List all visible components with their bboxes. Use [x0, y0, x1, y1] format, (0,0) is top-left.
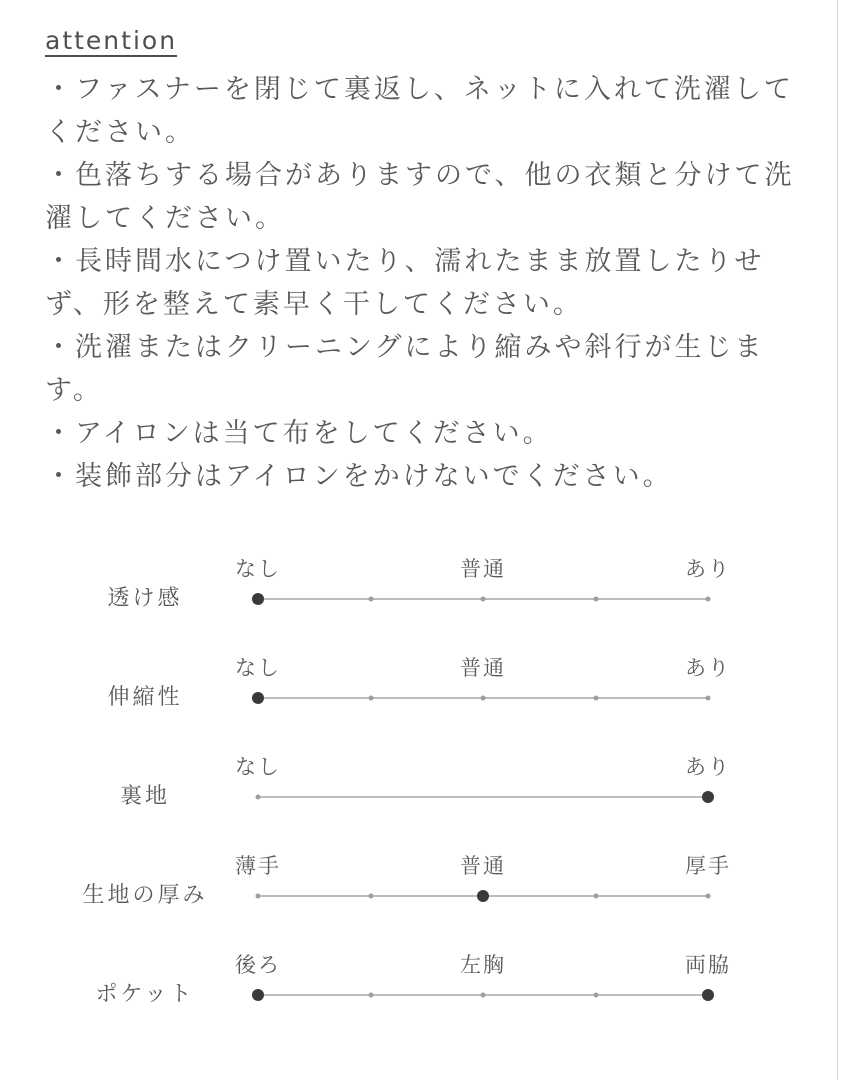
selected-dot: [252, 593, 264, 605]
selected-dot: [252, 989, 264, 1001]
selected-dot: [702, 989, 714, 1001]
attribute-label: 透け感: [50, 586, 240, 612]
care-item-soaking: ・長時間水につけ置いたり、濡れたまま放置したりせず、形を整えて素早く干してくださ…: [45, 240, 800, 326]
scale-dot: [593, 597, 598, 602]
scale-dot: [706, 894, 711, 899]
scale-stop-label: 薄手: [235, 853, 281, 879]
scale-line: [258, 895, 708, 897]
scale-dot: [481, 696, 486, 701]
attribute-scale-row: 生地の厚み薄手普通厚手: [0, 853, 841, 925]
scale-stop-label: 厚手: [685, 853, 731, 879]
scale-dot: [368, 894, 373, 899]
scale-dot: [593, 894, 598, 899]
attention-heading: attention: [45, 26, 800, 55]
scale-stop-label: 後ろ: [235, 952, 281, 978]
scale-dot: [593, 696, 598, 701]
scale-line: [258, 994, 708, 996]
attribute-label: 生地の厚み: [50, 883, 240, 909]
attribute-label: ポケット: [50, 982, 240, 1008]
care-item-decoration-iron: ・装飾部分はアイロンをかけないでください。: [45, 455, 800, 498]
selected-dot: [477, 890, 489, 902]
scale-dot: [368, 696, 373, 701]
scale-dot: [481, 993, 486, 998]
attribute-scale-row: 裏地なしあり: [0, 754, 841, 826]
care-item-shrinkage: ・洗濯またはクリーニングにより縮みや斜行が生じます。: [45, 326, 800, 412]
scale-stop-label: なし: [235, 655, 281, 681]
scale-dot: [256, 795, 261, 800]
scale-stop-label: なし: [235, 754, 281, 780]
scale-stop-label: 普通: [460, 556, 506, 582]
care-item-ironing-cloth: ・アイロンは当て布をしてください。: [45, 412, 800, 455]
scale-line: [258, 697, 708, 699]
scale-stop-label: あり: [685, 556, 731, 582]
scale-dot: [706, 597, 711, 602]
scale-stop-label: あり: [685, 655, 731, 681]
scale-dot: [706, 696, 711, 701]
attribute-scale-row: 透け感なし普通あり: [0, 556, 841, 628]
scale-dot: [593, 993, 598, 998]
scale-stop-label: なし: [235, 556, 281, 582]
attribute-scale-row: 伸縮性なし普通あり: [0, 655, 841, 727]
attribute-label: 裏地: [50, 784, 240, 810]
selected-dot: [252, 692, 264, 704]
scale-stop-label: 両脇: [685, 952, 731, 978]
scale-dot: [481, 597, 486, 602]
care-item-fastener: ・ファスナーを閉じて裏返し、ネットに入れて洗濯してください。: [45, 68, 800, 154]
page-right-divider: [837, 0, 838, 1080]
care-instructions-section: attention ・ファスナーを閉じて裏返し、ネットに入れて洗濯してください。…: [45, 26, 800, 498]
care-item-color-bleed: ・色落ちする場合がありますので、他の衣類と分けて洗濯してください。: [45, 154, 800, 240]
scale-stop-label: 普通: [460, 655, 506, 681]
scale-line: [258, 796, 708, 798]
scale-dot: [256, 894, 261, 899]
attribute-label: 伸縮性: [50, 685, 240, 711]
scale-stop-label: 普通: [460, 853, 506, 879]
scale-dot: [368, 993, 373, 998]
attribute-scale-row: ポケット後ろ左胸両脇: [0, 952, 841, 1024]
scale-line: [258, 598, 708, 600]
scale-stop-label: あり: [685, 754, 731, 780]
scale-stop-label: 左胸: [460, 952, 506, 978]
selected-dot: [702, 791, 714, 803]
scale-dot: [368, 597, 373, 602]
